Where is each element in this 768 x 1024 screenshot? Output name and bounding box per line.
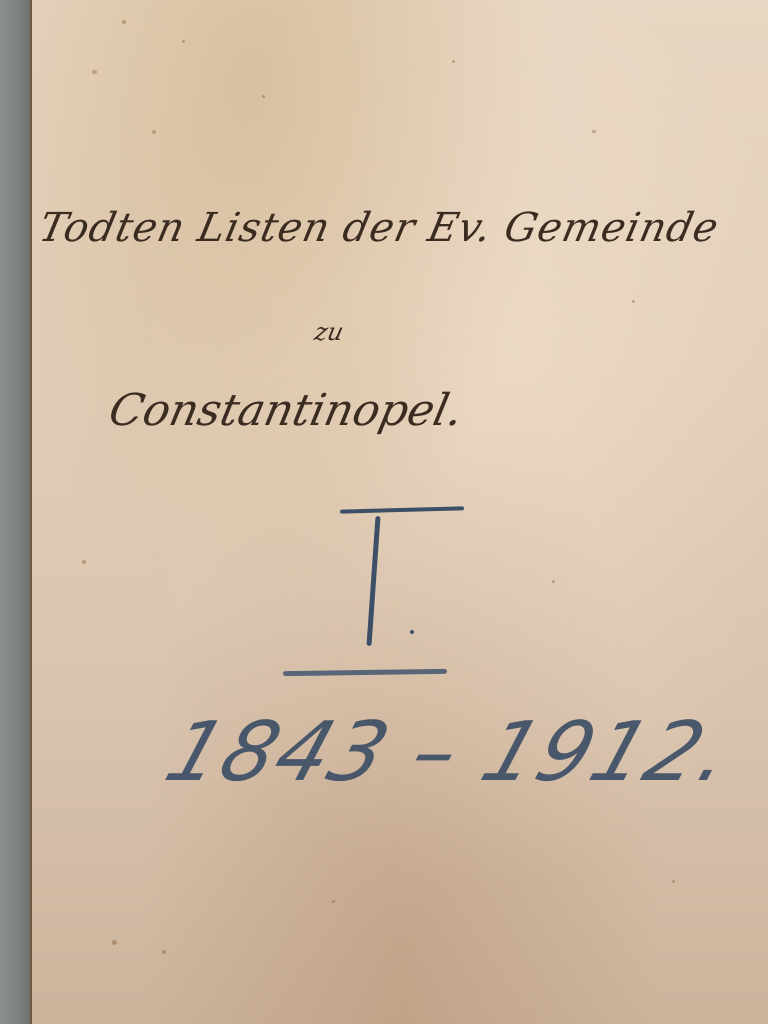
foxing-spot [632,300,635,303]
foxing-spot [122,20,126,24]
foxing-spot [152,130,156,134]
foxing-spot [92,70,97,74]
foxing-spot [112,940,117,945]
foxing-spot [162,950,166,954]
foxing-spot [592,130,596,133]
foxing-spot [262,95,265,98]
foxing-spot [552,580,555,583]
foxing-spot [672,880,675,883]
volume-number: I. [340,508,464,678]
title-line-todten-listen: Todten Listen der Ev. Gemeinde [35,205,723,251]
title-line-constantinopel: Constantinopel. [105,385,468,436]
title-line-zu: zu [312,318,346,346]
date-range: 1843 – 1912. [155,705,746,800]
book-spine-edge [0,0,30,1024]
foxing-spot [332,900,335,903]
foxing-spot [82,560,86,564]
foxing-spot [452,60,455,63]
foxing-spot [182,40,185,43]
